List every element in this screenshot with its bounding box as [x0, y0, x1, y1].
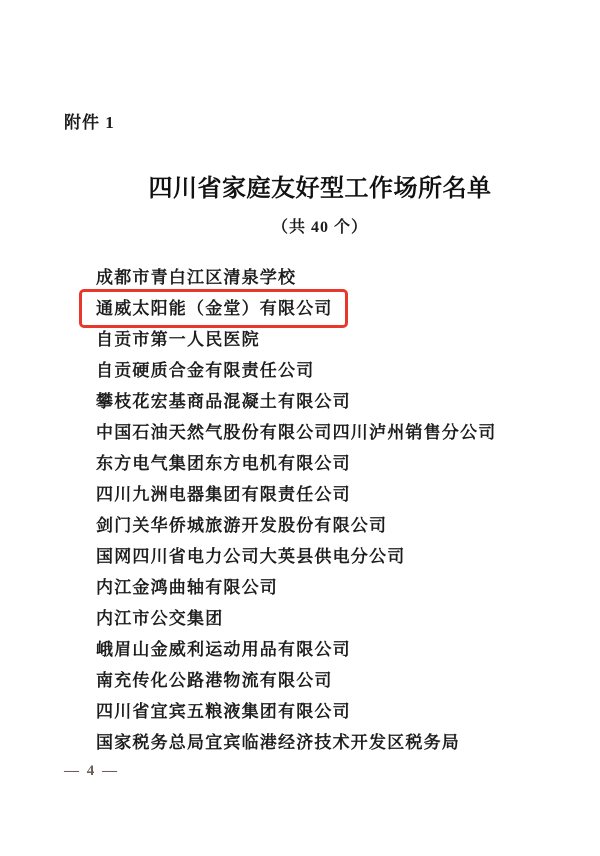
- list-item: 内江金鸿曲轴有限公司: [96, 572, 570, 603]
- list-item: 内江市公交集团: [96, 603, 570, 634]
- list-item: 剑门关华侨城旅游开发股份有限公司: [96, 510, 570, 541]
- list-item-text: 国家税务总局宜宾临港经济技术开发区税务局: [96, 734, 460, 751]
- list-item-text: 峨眉山金威利运动用品有限公司: [96, 641, 351, 658]
- list-item-text: 剑门关华侨城旅游开发股份有限公司: [96, 517, 387, 534]
- list-item-text: 中国石油天然气股份有限公司四川泸州销售分公司: [96, 424, 496, 441]
- list-item-text: 内江市公交集团: [96, 610, 223, 627]
- list-item: 国家税务总局宜宾临港经济技术开发区税务局: [96, 727, 570, 758]
- list-item-text: 自贡市第一人民医院: [96, 331, 260, 348]
- list-item: 自贡市第一人民医院: [96, 324, 570, 355]
- page-number: — 4 —: [64, 763, 119, 780]
- list-item-text: 自贡硬质合金有限责任公司: [96, 362, 314, 379]
- list-item-text: 四川九洲电器集团有限责任公司: [96, 486, 351, 503]
- list-item: 自贡硬质合金有限责任公司: [96, 355, 570, 386]
- list-item: 国网四川省电力公司大英县供电分公司: [96, 541, 570, 572]
- list-item-text: 四川省宜宾五粮液集团有限公司: [96, 703, 351, 720]
- list-item-text: 成都市青白江区清泉学校: [96, 269, 296, 286]
- list-item-text: 国网四川省电力公司大英县供电分公司: [96, 548, 405, 565]
- list-item: 东方电气集团东方电机有限公司: [96, 448, 570, 479]
- document-subtitle: （共 40 个）: [40, 214, 600, 237]
- list-item-text: 南充传化公路港物流有限公司: [96, 672, 333, 689]
- workplace-list: 成都市青白江区清泉学校 通威太阳能（金堂）有限公司 自贡市第一人民医院 自贡硬质…: [96, 262, 570, 758]
- list-item: 四川九洲电器集团有限责任公司: [96, 479, 570, 510]
- list-item: 中国石油天然气股份有限公司四川泸州销售分公司: [96, 417, 570, 448]
- document-header: 四川省家庭友好型工作场所名单 （共 40 个）: [40, 168, 600, 237]
- document-page: 附件 1 四川省家庭友好型工作场所名单 （共 40 个） 成都市青白江区清泉学校…: [0, 0, 600, 856]
- attachment-label: 附件 1: [64, 108, 115, 133]
- document-title: 四川省家庭友好型工作场所名单: [40, 168, 600, 203]
- list-item: 攀枝花宏基商品混凝土有限公司: [96, 386, 570, 417]
- list-item-text: 内江金鸿曲轴有限公司: [96, 579, 278, 596]
- list-item-text: 东方电气集团东方电机有限公司: [96, 455, 351, 472]
- list-item: 南充传化公路港物流有限公司: [96, 665, 570, 696]
- list-item: 四川省宜宾五粮液集团有限公司: [96, 696, 570, 727]
- list-item: 峨眉山金威利运动用品有限公司: [96, 634, 570, 665]
- highlight-box-text: 通威太阳能（金堂）有限公司: [79, 289, 348, 328]
- list-item-text: 攀枝花宏基商品混凝土有限公司: [96, 393, 351, 410]
- list-item-highlighted: 通威太阳能（金堂）有限公司: [96, 293, 570, 324]
